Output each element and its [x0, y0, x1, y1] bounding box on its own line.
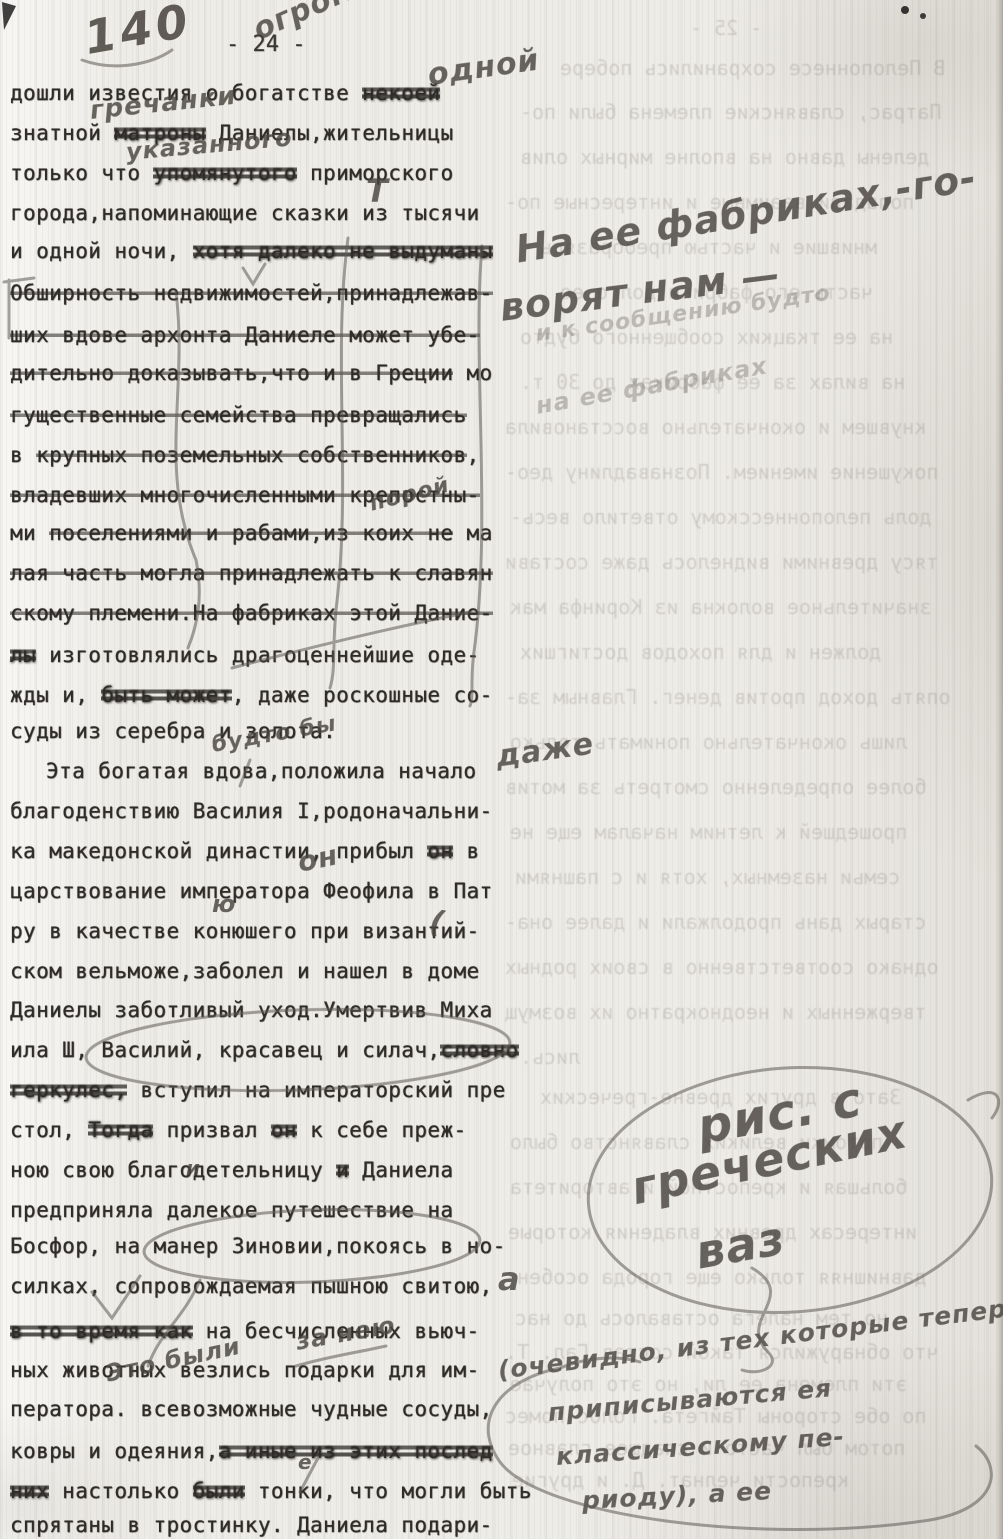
typed-text: благоденствию Василия I,родоначальни-: [10, 799, 493, 823]
typed-line: лая часть могла принадлежать к славян: [10, 560, 493, 586]
typed-text: ных животных везлись подарки для им-: [10, 1358, 480, 1382]
typed-line: силках, сопровождаемая пышною свитою,: [10, 1273, 493, 1299]
typed-text: призвал: [153, 1118, 270, 1142]
typed-text: , даже роскошные со-: [232, 683, 493, 707]
typed-text: Даниелы заботливый уход.Умертвив Миха: [10, 998, 493, 1022]
typed-text: ператора. всевозможные чудные сосуды,: [10, 1397, 493, 1421]
typed-text: ною свою благодетельницу: [10, 1158, 336, 1182]
typed-text: к себе преж-: [297, 1118, 467, 1142]
typed-text: города,напоминающие сказки из тысячи: [10, 201, 480, 225]
typed-line: спрятаны в тростинку. Даниела подари-: [10, 1512, 493, 1538]
pencil-annotation: е: [298, 1450, 313, 1474]
bleedthrough-line: Патрас, славянские племена были по-: [520, 100, 941, 124]
typed-text: ру в качестве конюшего при византий-: [10, 919, 480, 943]
typed-text: ила Ш, Василий, красавец и силач,: [10, 1038, 440, 1062]
bleedthrough-line: доль пелопоннесскому ответило весь-: [510, 505, 931, 529]
bleedthrough-line: более определенно смотреть за мотив: [505, 775, 926, 799]
typed-text: силках, сопровождаемая пышною свитою,: [10, 1274, 493, 1298]
typed-text: мо: [453, 361, 492, 385]
typed-text: ском вельможе,заболел и нашел в доме: [10, 959, 480, 983]
bleedthrough-line: лись.: [520, 1045, 580, 1069]
typed-text: царствование императора Феофила в Пат: [10, 879, 493, 903]
bleedthrough-line: значительное волокна из Коринфа мак: [510, 595, 931, 619]
bleedthrough-line: В Пелопоннесе сохранились побере: [560, 56, 945, 80]
typed-line: Обширность недвижимостей,принадлежав-: [10, 280, 493, 306]
typed-line: лы изготовлялись драгоценнейшие оде-: [10, 642, 480, 668]
typed-line: стол, Тогда призвал он к себе преж-: [10, 1117, 467, 1143]
pencil-annotation: огромном: [248, 0, 424, 47]
typed-line: Эта богатая вдова,положила начало: [10, 758, 476, 784]
pencil-annotation: и: [186, 1156, 201, 1180]
bleedthrough-line: делены давно на вполне мирных олив: [520, 145, 929, 169]
struck-text: словно: [440, 1038, 518, 1062]
struck-text: он: [427, 839, 453, 863]
typed-line: ру в качестве конюшего при византий-: [10, 918, 480, 944]
ink-dot: [901, 6, 909, 14]
typed-text: в: [453, 839, 479, 863]
typed-line: ковры и одеяния,а иные из этих послед: [10, 1438, 493, 1464]
typed-text: Босфор, на манер Зиновии,покоясь в но-: [10, 1234, 506, 1258]
bleedthrough-line: семьи наземных, хотя и с пашнями: [515, 865, 900, 889]
typed-line: города,напоминающие сказки из тысячи: [10, 200, 480, 226]
struck-text: Тогда: [88, 1118, 153, 1142]
struck-text: Обширность недвижимостей,принадлежав-: [10, 281, 493, 305]
typed-line: геркулес, вступил на императорский пре: [10, 1077, 506, 1103]
pencil-annotation: Т: [366, 172, 389, 210]
typed-text: Даниела: [349, 1158, 453, 1182]
bleedthrough-line: кнувшем и окончательно восстановила: [505, 415, 926, 439]
struck-text: и: [336, 1158, 349, 1182]
typed-text: и одной ночи,: [10, 239, 193, 263]
typed-line: скому племени.На фабриках этой Дание-: [10, 600, 493, 626]
manuscript-page: - 25 -В Пелопоннесе сохранились побереПа…: [0, 0, 1003, 1539]
bleedthrough-line: старых дань продолжали и далее она-: [505, 910, 926, 934]
typed-line: Босфор, на манер Зиновии,покоясь в но-: [10, 1233, 506, 1259]
struck-text: дительно доказывать,что и в Греции: [10, 361, 453, 385]
typed-line: и одной ночи, хотя далеко не выдуманы: [10, 238, 493, 264]
typed-line: ми поселениями и рабами,из коих не ма: [10, 520, 493, 546]
struck-text: них: [10, 1479, 49, 1503]
struck-text: геркулес,: [10, 1078, 127, 1102]
struck-text: он: [271, 1118, 297, 1142]
typed-line: дительно доказывать,что и в Греции мо: [10, 360, 493, 386]
typed-line: ших вдове архонта Даниеле может убе-: [10, 322, 480, 348]
struck-text: а иные из этих послед: [219, 1439, 493, 1463]
typed-line: благоденствию Василия I,родоначальни-: [10, 798, 493, 824]
pencil-annotation: классическому пе-: [555, 1422, 846, 1471]
bleedthrough-line: должен и для походов достигших: [520, 640, 881, 664]
typed-text: ма: [453, 521, 492, 545]
typed-line: ператора. всевозможные чудные сосуды,: [10, 1396, 493, 1422]
handwritten-page-number: 140: [80, 0, 196, 65]
typed-text: предприняла далекое путешествие на: [10, 1198, 453, 1222]
pencil-annotation: одной: [426, 43, 542, 93]
struck-text: упомянутого: [153, 161, 296, 185]
bleedthrough-line: тясу древними виднелось даже состави: [505, 550, 938, 574]
typed-line: жды и, быть может, даже роскошные со-: [10, 682, 493, 708]
typed-text: стол,: [10, 1118, 88, 1142]
struck-text: были: [193, 1479, 245, 1503]
struck-text: крупных поземельных собственников: [36, 443, 466, 467]
pencil-annotation: даже: [494, 726, 597, 774]
pencil-annotation: ю: [212, 890, 236, 918]
typed-text: спрятаны в тростинку. Даниела подари-: [10, 1513, 493, 1537]
typed-line: ском вельможе,заболел и нашел в доме: [10, 958, 480, 984]
struck-text: в то время как: [10, 1319, 193, 1343]
typed-line: царствование императора Феофила в Пат: [10, 878, 493, 904]
typed-line: предприняла далекое путешествие на: [10, 1197, 453, 1223]
struck-text: скому племени.На фабриках этой Дание-: [10, 601, 493, 625]
typed-text: ,: [467, 443, 480, 467]
typed-line: гущественные семейства превращались: [10, 402, 467, 428]
typed-text: в: [10, 443, 36, 467]
struck-text: лая часть могла принадлежать к славян: [10, 561, 493, 585]
deletion-stroke: [470, 246, 482, 706]
typed-text: тонки, что могли быть: [245, 1479, 532, 1503]
struck-text: ших вдове архонта Даниеле может убе-: [10, 323, 480, 347]
corner-mark: [2, 2, 16, 30]
typed-text: ка македонской династии, прибыл: [10, 839, 427, 863]
struck-text: лы: [10, 643, 36, 667]
typed-line: ною свою благодетельницу и Даниела: [10, 1157, 453, 1183]
typed-text: ковры и одеяния,: [10, 1439, 219, 1463]
struck-text: поселениями и рабами,из коих не: [49, 521, 453, 545]
bleedthrough-line: прошедшей к летним началам еще не: [510, 820, 907, 844]
typed-line: ила Ш, Василий, красавец и силач,словно: [10, 1037, 519, 1063]
pencil-stroke: [968, 1093, 999, 1118]
struck-text: быть может: [101, 683, 231, 707]
typed-text: изготовлялись драгоценнейшие оде-: [36, 643, 479, 667]
bleedthrough-line: покушение имением. Познавадлину део-: [505, 460, 938, 484]
bleedthrough-line: однако соответственно в своих родных: [505, 955, 938, 979]
typed-text: жды и,: [10, 683, 101, 707]
typed-text: вступил на императорский пре: [127, 1078, 505, 1102]
typed-line: Даниелы заботливый уход.Умертвив Миха: [10, 997, 493, 1023]
bleedthrough-line: - 25 -: [690, 16, 762, 40]
typed-text: настолько: [49, 1479, 192, 1503]
typed-line: ных животных везлись подарки для им-: [10, 1357, 480, 1383]
bleedthrough-line: опять доход против денег. Главным за-: [505, 685, 951, 709]
typed-text: Эта богатая вдова,положила начало: [46, 759, 476, 783]
pencil-annotation: он: [295, 838, 342, 879]
bleedthrough-line: тверженных и неоднократно их возмущ: [505, 1000, 926, 1024]
typed-line: них настолько были тонки, что могли быть: [10, 1478, 532, 1504]
pencil-annotation: порой: [367, 473, 452, 517]
struck-text: гущественные семейства превращались: [10, 403, 467, 427]
typed-text: ми: [10, 521, 49, 545]
ink-dot: [920, 13, 926, 19]
typed-line: в то время как на бесчисленных вьюч-: [10, 1318, 480, 1344]
typed-line: ка македонской династии, прибыл он в: [10, 838, 480, 864]
struck-text: хотя далеко не выдуманы: [193, 239, 493, 263]
pencil-annotation: а: [498, 1260, 521, 1298]
typed-line: в крупных поземельных собственников,: [10, 442, 480, 468]
